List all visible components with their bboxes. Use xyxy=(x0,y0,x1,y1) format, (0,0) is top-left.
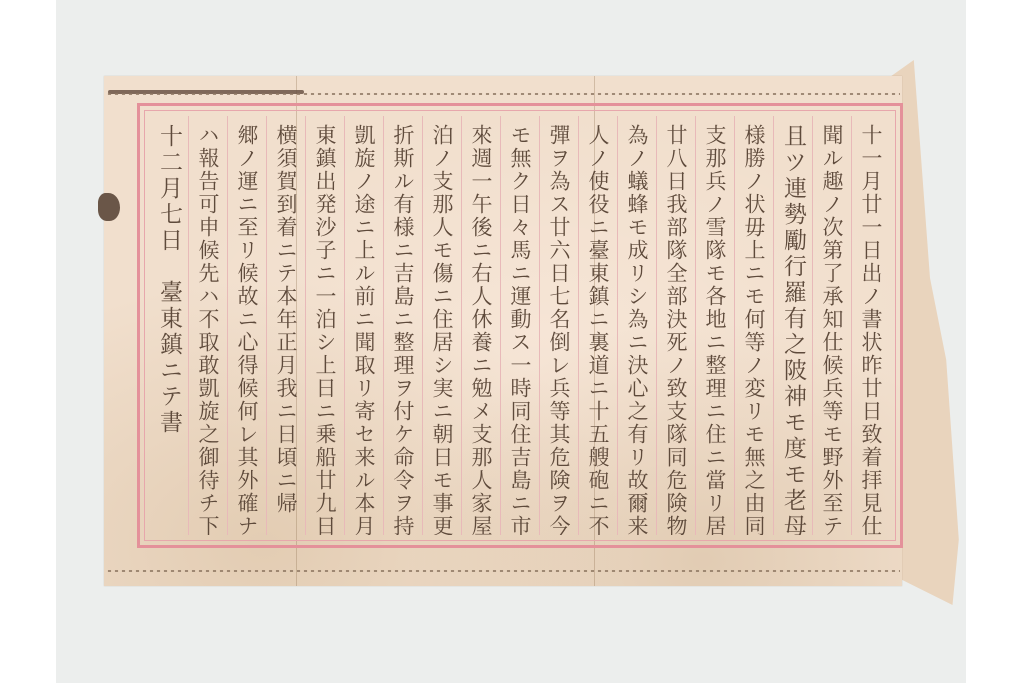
column-text: 東鎮出発沙子ニ一泊シ上日ニ乗船廿九日頃 xyxy=(306,124,344,535)
column-text: 彈ヲ為ス廿六日七名倒レ兵等其危険ヲ今 xyxy=(540,124,578,535)
red-ruled-frame: 十一月廿一日出ノ書状昨廿日致着拝見仕候陳者申 聞ル趣ノ次第了承知仕候兵等モ野外至… xyxy=(137,103,903,548)
column-9: 彈ヲ為ス廿六日七名倒レ兵等其危険ヲ今 xyxy=(539,116,578,535)
column-10: モ無ク日々馬ニ運動ス一時同住吉島ニ市街戦 xyxy=(500,116,539,535)
column-text: 來週一午後ニ右人休養ニ勉メ支那人家屋ニ宿 xyxy=(462,124,500,535)
perforation-line-bottom xyxy=(106,570,900,572)
column-text: 十二月七日 臺東鎮ニテ書 xyxy=(150,124,188,436)
column-text: 様勝ノ状毋上ニモ何等ノ変リモ無之由同安心致居 xyxy=(735,124,773,535)
inner-frame-line: 十一月廿一日出ノ書状昨廿日致着拝見仕候陳者申 聞ル趣ノ次第了承知仕候兵等モ野外至… xyxy=(144,110,896,541)
column-text: ハ報告可申候先ハ不取敢凱旋之御待チ下度候也 xyxy=(189,124,227,535)
column-text: 凱旋ノ途ニ上ル前ニ聞取リ寄セ来ル本月廿日臺 xyxy=(345,124,383,535)
column-text: 為ノ蟻蜂モ成リシ為ニ決心之有リ故爾来支那 xyxy=(618,124,656,535)
text-columns: 十一月廿一日出ノ書状昨廿日致着拝見仕候陳者申 聞ル趣ノ次第了承知仕候兵等モ野外至… xyxy=(150,116,890,535)
column-19: 十二月七日 臺東鎮ニテ書 xyxy=(150,116,188,535)
column-7: 為ノ蟻蜂モ成リシ為ニ決心之有リ故爾来支那 xyxy=(617,116,656,535)
column-text: 横須賀到着ニテ本年正月我ニ日頃ニ帰 xyxy=(267,124,305,515)
torn-edge-mark xyxy=(98,193,120,221)
column-14: 凱旋ノ途ニ上ル前ニ聞取リ寄セ来ル本月廿日臺 xyxy=(344,116,383,535)
column-text: 且ツ連勢勵行羅有之陂神モ度モ老母 xyxy=(774,124,812,535)
column-text: モ無ク日々馬ニ運動ス一時同住吉島ニ市街戦 xyxy=(501,124,539,535)
column-5: 支那兵ノ雪隊モ各地ニ整理ニ住ニ當リ居候ヘ共去ル xyxy=(695,116,734,535)
column-17: 郷ノ運ニ至リ候故ニ心得候何レ其外確ナル丈 xyxy=(227,116,266,535)
column-text: 人ノ使役ニ臺東鎮ニ裏道ニ十五艘砲ニ不発 xyxy=(579,124,617,535)
column-3: 且ツ連勢勵行羅有之陂神モ度モ老母 xyxy=(773,116,812,535)
column-8: 人ノ使役ニ臺東鎮ニ裏道ニ十五艘砲ニ不発 xyxy=(578,116,617,535)
column-text: 聞ル趣ノ次第了承知仕候兵等モ野外至テ壮健ニ xyxy=(813,124,851,535)
column-18: ハ報告可申候先ハ不取敢凱旋之御待チ下度候也 xyxy=(188,116,227,535)
column-6: 廿八日我部隊全部決死ノ致支隊同危険物除却シ xyxy=(656,116,695,535)
column-12: 泊ノ支那人モ傷ニ住居シ実ニ朝日モ事更ニ多ク候 xyxy=(422,116,461,535)
column-text: 支那兵ノ雪隊モ各地ニ整理ニ住ニ當リ居候ヘ共去ル xyxy=(696,124,734,535)
column-text: 折斯ル有様ニ吉島ニ整理ヲ付ケ命令ヲ持テ xyxy=(384,124,422,535)
column-text: 郷ノ運ニ至リ候故ニ心得候何レ其外確ナル丈 xyxy=(228,124,266,535)
column-13: 折斯ル有様ニ吉島ニ整理ヲ付ケ命令ヲ持テ xyxy=(383,116,422,535)
column-4: 様勝ノ状毋上ニモ何等ノ変リモ無之由同安心致居 xyxy=(734,116,773,535)
column-text: 泊ノ支那人モ傷ニ住居シ実ニ朝日モ事更ニ多ク候 xyxy=(423,124,461,535)
column-15: 東鎮出発沙子ニ一泊シ上日ニ乗船廿九日頃 xyxy=(305,116,344,535)
column-11: 來週一午後ニ右人休養ニ勉メ支那人家屋ニ宿 xyxy=(461,116,500,535)
column-16: 横須賀到着ニテ本年正月我ニ日頃ニ帰 xyxy=(266,116,305,535)
column-1: 十一月廿一日出ノ書状昨廿日致着拝見仕候陳者申 xyxy=(851,116,890,535)
column-text: 廿八日我部隊全部決死ノ致支隊同危険物除却シ xyxy=(657,124,695,535)
letter-paper: 十一月廿一日出ノ書状昨廿日致着拝見仕候陳者申 聞ル趣ノ次第了承知仕候兵等モ野外至… xyxy=(104,76,902,586)
perforation-line-top xyxy=(106,93,900,95)
column-text: 十一月廿一日出ノ書状昨廿日致着拝見仕候陳者申 xyxy=(852,124,890,535)
column-2: 聞ル趣ノ次第了承知仕候兵等モ野外至テ壮健ニ xyxy=(812,116,851,535)
